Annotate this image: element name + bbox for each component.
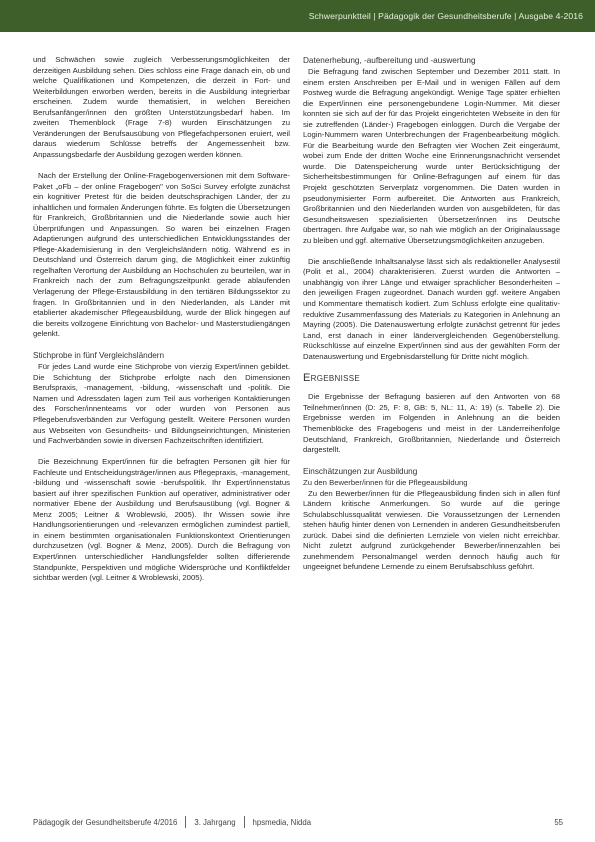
running-title: Schwerpunktteil | Pädagogik der Gesundhe…	[309, 11, 583, 21]
subsubheading-bewerber: Zu den Bewerber/innen für die Pflegeausb…	[303, 478, 560, 489]
paragraph: Die Bezeichnung Expert/innen für die bef…	[33, 457, 290, 584]
left-column: und Schwächen sowie zugleich Verbesserun…	[33, 55, 290, 594]
page-footer: Pädagogik der Gesundheitsberufe 4/2016 3…	[33, 815, 563, 829]
footer-journal: Pädagogik der Gesundheitsberufe 4/2016	[33, 818, 177, 827]
paragraph: Zu den Bewerber/innen für die Pflegeausb…	[303, 489, 560, 573]
subheading-datenerhebung: Datenerhebung, -aufbereitung und -auswer…	[303, 55, 560, 66]
right-column: Datenerhebung, -aufbereitung und -auswer…	[303, 55, 560, 583]
paragraph: Nach der Erstellung der Online-Frageboge…	[33, 171, 290, 340]
page-number: 55	[554, 818, 563, 827]
paragraph: Die anschließende Inhaltsanalyse lässt s…	[303, 257, 560, 362]
header-band: Schwerpunktteil | Pädagogik der Gesundhe…	[0, 0, 595, 32]
footer-divider	[244, 816, 245, 828]
paragraph: Die Befragung fand zwischen September un…	[303, 67, 560, 246]
footer-divider	[185, 816, 186, 828]
footer-volume: 3. Jahrgang	[194, 818, 235, 827]
section-title-ergebnisse: Ergebnisse	[303, 373, 560, 384]
subheading-einschaetzungen: Einschätzungen zur Ausbildung	[303, 466, 560, 477]
paragraph: und Schwächen sowie zugleich Verbesserun…	[33, 55, 290, 160]
paragraph: Die Ergebnisse der Befragung basieren au…	[303, 392, 560, 455]
paragraph: Für jedes Land wurde eine Stichprobe von…	[33, 362, 290, 446]
footer-publisher: hpsmedia, Nidda	[253, 818, 312, 827]
subheading-stichprobe: Stichprobe in fünf Vergleichsländern	[33, 350, 290, 361]
